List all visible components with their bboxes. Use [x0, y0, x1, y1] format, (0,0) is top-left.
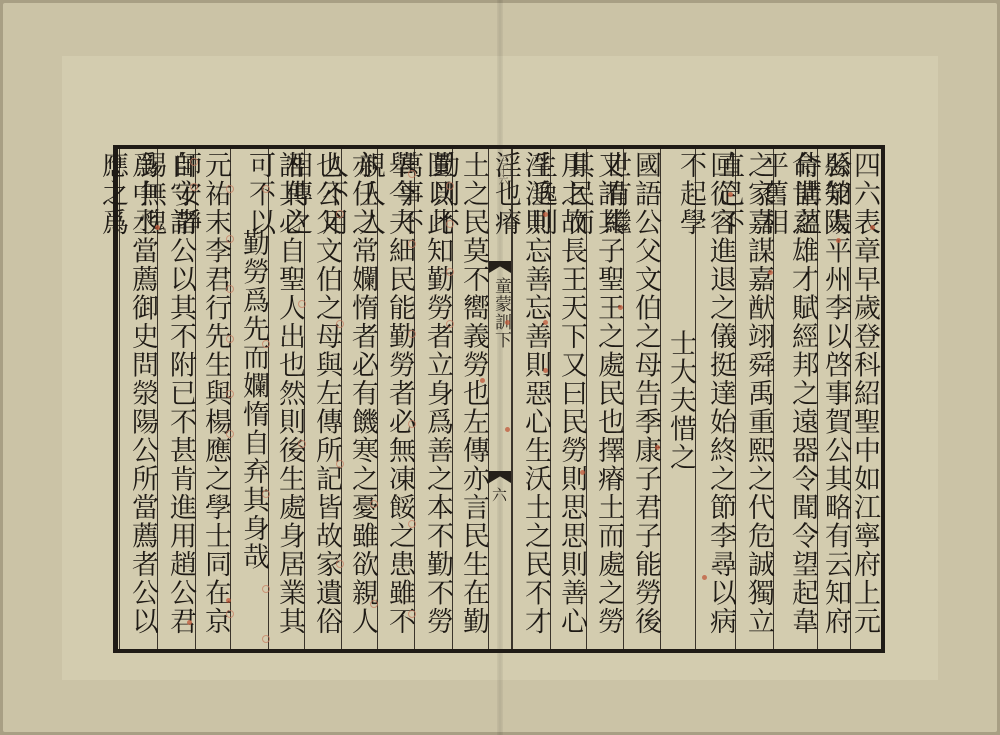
column-text: 淫淫則忘善忘善則惡心生沃土之民不才淫也瘠	[513, 151, 550, 649]
banxin-center-strip: 三十六 童蒙訓下 六	[488, 149, 512, 649]
punctuation-ring	[336, 320, 344, 328]
column-text: 自守諸公以其不附已不甚肯進用趙公君錫無愧	[158, 151, 195, 649]
punctuation-ring	[226, 335, 234, 343]
punctuation-ring	[408, 170, 416, 178]
punctuation-dot	[505, 320, 510, 325]
column-text: 回從容進退之儀挺達始終之節李尋以病不起學	[696, 151, 735, 649]
column-text: 士大夫惜之	[661, 329, 695, 472]
punctuation-dot	[480, 378, 485, 383]
column-text: 國語公父文伯之母告季康子君子能勞後世有繼	[624, 151, 660, 649]
punctuation-ring	[408, 330, 416, 338]
punctuation-ring	[298, 300, 306, 308]
text-column-r6: 士大夫惜之	[660, 149, 695, 649]
text-column-r7: 國語公父文伯之母告季康子君子能勞後世有繼	[623, 149, 660, 649]
punctuation-ring	[226, 235, 234, 243]
punctuation-ring	[262, 635, 270, 643]
punctuation-dot	[505, 427, 510, 432]
punctuation-ring	[336, 560, 344, 568]
punctuation-ring	[262, 490, 270, 498]
text-column-l9: 自守諸公以其不附已不甚肯進用趙公君錫無愧	[157, 149, 195, 649]
punctuation-ring	[336, 210, 344, 218]
column-text: 又謂其子聖王之處民也擇瘠土而處之勞其民而	[587, 151, 623, 649]
punctuation-ring	[370, 600, 378, 608]
punctuation-dot	[543, 212, 548, 217]
column-text: 也公父文伯之母與左傳所記皆故家遺俗相傳之	[305, 151, 341, 649]
column-text: 元祐末李君行先生與楊應之學士同在京師安靜	[196, 151, 230, 649]
punctuation-ring	[336, 460, 344, 468]
punctuation-ring	[446, 268, 454, 276]
column-text: 用之故長王天下又曰民勞則思思則善心生逸則	[551, 151, 586, 649]
text-column-l8: 元祐末李君行先生與楊應之學士同在京師安靜	[195, 149, 230, 649]
fishtail-mark-upper	[489, 261, 511, 273]
punctuation-dot	[580, 470, 585, 475]
text-column-r3: 命世之雄才賦經邦之遠器令聞令望起韋平舊相	[773, 149, 817, 649]
punctuation-dot	[836, 238, 841, 243]
punctuation-ring	[446, 182, 454, 190]
punctuation-ring	[226, 390, 234, 398]
column-text: 亦任之常孄惰者必有饑寒之憂雖欲親人人不用	[342, 151, 377, 649]
punctuation-ring	[226, 185, 234, 193]
fishtail-mark-lower	[489, 471, 511, 483]
column-text: 舉今夫細民能勤勞者必無凍餒之患雖不親人人	[378, 151, 414, 649]
punctuation-ring	[262, 340, 270, 348]
column-text: 爲中丞當薦御史問滎陽公所當薦者公以應之爲	[120, 151, 157, 649]
punctuation-dot	[768, 270, 773, 275]
punctuation-ring	[226, 610, 234, 618]
text-column-l5: 也公父文伯之母與左傳所記皆故家遺俗相傳之	[304, 149, 341, 649]
punctuation-ring	[226, 430, 234, 438]
text-column-l6: 語其必自聖人出也然則後生處身居業其可不以	[268, 149, 304, 649]
column-text: 之家嘉謀嘉猷翊舜禹重熙之代危誠獨立直己不	[736, 151, 773, 649]
column-text: 語其必自聖人出也然則後生處身居業其可不以	[269, 151, 304, 649]
text-column-r5: 回從容進退之儀挺達始終之節李尋以病不起學	[695, 149, 735, 649]
punctuation-dot	[543, 320, 548, 325]
punctuation-dot	[226, 598, 231, 603]
punctuation-ring	[262, 585, 270, 593]
text-column-l1: 土之民莫不嚮義勞也左傳亦言民生在勤勤則不	[452, 149, 488, 649]
text-column-r2: 公知太平州李以啓事賀公其略有云知府侍講蘊	[817, 149, 850, 649]
punctuation-dot	[702, 575, 707, 580]
punctuation-ring	[190, 183, 198, 191]
column-text: 公知太平州李以啓事賀公其略有云知府侍講蘊	[818, 151, 850, 649]
punctuation-dot	[155, 225, 160, 230]
text-column-r1: 四六表章早歲登科紹聖中如江寧府上元縣滎陽	[850, 149, 879, 649]
punctuation-ring	[298, 440, 306, 448]
punctuation-ring	[226, 285, 234, 293]
column-text: 土之民莫不嚮義勞也左傳亦言民生在勤勤則不	[453, 151, 488, 649]
punctuation-ring	[408, 610, 416, 618]
punctuation-ring	[446, 320, 454, 328]
text-column-l3: 舉今夫細民能勤勞者必無凍餒之患雖不親人人	[377, 149, 414, 649]
text-column-r8: 又謂其子聖王之處民也擇瘠土而處之勞其民而	[586, 149, 623, 649]
punctuation-dot	[618, 305, 623, 310]
punctuation-dot	[870, 225, 875, 230]
punctuation-ring	[408, 520, 416, 528]
punctuation-ring	[408, 420, 416, 428]
text-column-r9: 用之故長王天下又曰民勞則思思則善心生逸則	[550, 149, 586, 649]
column-text: 勤勞爲先而孄惰自弃其身哉	[231, 229, 268, 571]
punctuation-dot	[655, 445, 660, 450]
text-column-r10: 淫淫則忘善忘善則惡心生沃土之民不才淫也瘠	[512, 149, 550, 649]
punctuation-ring	[190, 158, 198, 166]
banxin-top-mark: 三十六	[493, 155, 509, 185]
column-text: 命世之雄才賦經邦之遠器令聞令望起韋平舊相	[774, 151, 817, 649]
punctuation-ring	[446, 220, 454, 228]
page-number: 六	[492, 487, 510, 502]
punctuation-dot	[543, 368, 548, 373]
text-column-l7: 勤勞爲先而孄惰自弃其身哉	[230, 149, 268, 649]
text-column-l10: 爲中丞當薦御史問滎陽公所當薦者公以應之爲	[119, 149, 157, 649]
punctuation-ring	[370, 500, 378, 508]
punctuation-ring	[262, 185, 270, 193]
banxin-title: 童蒙訓下	[491, 277, 511, 349]
punctuation-dot	[187, 620, 192, 625]
punctuation-dot	[728, 192, 733, 197]
text-column-l4: 亦任之常孄惰者必有饑寒之憂雖欲親人人不用	[341, 149, 377, 649]
text-column-r4: 之家嘉謀嘉猷翊舜禹重熙之代危誠獨立直己不	[735, 149, 773, 649]
punctuation-ring	[408, 240, 416, 248]
